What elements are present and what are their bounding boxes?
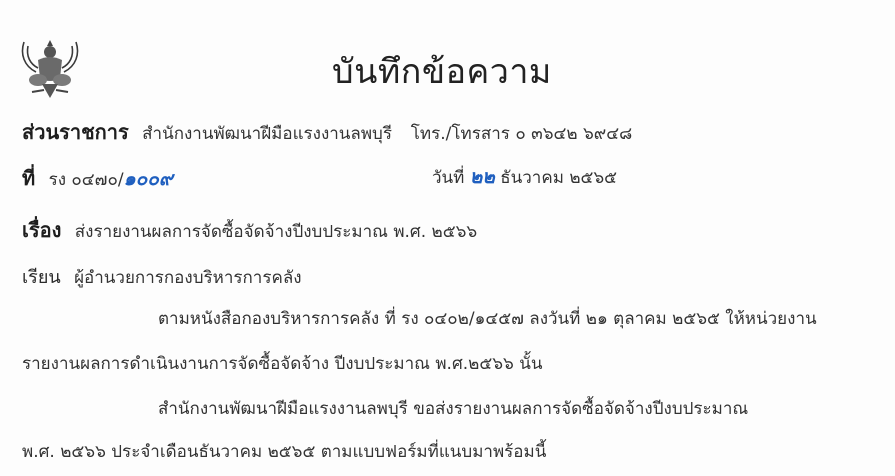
subject-value: ส่งรายงานผลการจัดซื้อจัดจ้างปีงบประมาณ พ…	[75, 222, 477, 242]
phone-value: ๐ ๓๖๔๒ ๖๙๔๘	[515, 124, 632, 144]
date-handwritten-day: ๒๒	[470, 166, 495, 188]
reference-line: ที่ รง ๐๔๗๐/๑๐๐๙	[22, 162, 173, 194]
date-label: วันที่	[432, 168, 464, 188]
date-line: วันที่ ๒๒ ธันวาคม ๒๕๖๕	[432, 162, 617, 192]
to-label: เรียน	[22, 267, 61, 288]
garuda-emblem-icon	[14, 32, 86, 104]
date-month-year: ธันวาคม ๒๕๖๕	[500, 168, 617, 188]
subject-label: เรื่อง	[22, 218, 61, 242]
body-para1-line2: รายงานผลการดำเนินงานการจัดซื้อจัดจ้าง ปี…	[22, 350, 542, 377]
reference-prefix: รง ๐๔๗๐/	[49, 170, 124, 190]
body-para1-line1: ตามหนังสือกองบริหารการคลัง ที่ รง ๐๔๐๒/๑…	[158, 305, 817, 332]
body-para2-line1: สำนักงานพัฒนาฝีมือแรงงานลพบุรี ขอส่งรายง…	[158, 395, 748, 422]
subject-line: เรื่อง ส่งรายงานผลการจัดซื้อจัดจ้างปีงบป…	[22, 214, 477, 246]
phone-label: โทร./โทรสาร	[411, 124, 510, 144]
reference-handwritten-number: ๑๐๐๙	[124, 168, 173, 190]
agency-label: ส่วนราชการ	[22, 120, 129, 144]
body-para2-line2: พ.ศ. ๒๕๖๖ ประจำเดือนธันวาคม ๒๕๖๕ ตามแบบฟ…	[22, 438, 546, 465]
memo-title: บันทึกข้อความ	[332, 44, 552, 98]
reference-label: ที่	[22, 166, 35, 190]
agency-line: ส่วนราชการ สำนักงานพัฒนาฝีมือแรงงานลพบุร…	[22, 116, 632, 148]
memo-page: บันทึกข้อความ ส่วนราชการ สำนักงานพัฒนาฝี…	[0, 0, 895, 476]
agency-value: สำนักงานพัฒนาฝีมือแรงงานลพบุรี	[142, 124, 392, 144]
to-value: ผู้อำนวยการกองบริหารการคลัง	[74, 268, 301, 288]
to-line: เรียน ผู้อำนวยการกองบริหารการคลัง	[22, 262, 302, 291]
